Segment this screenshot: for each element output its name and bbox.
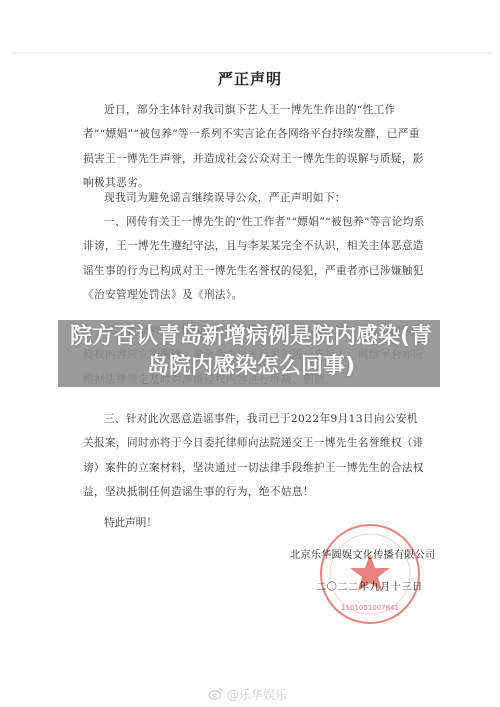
paragraph-intro: 近日，部分主体针对我司旗下艺人王一博先生作出的“性工作者”“嫖娼”“被包养”等一… [83,98,427,196]
signature-company: 北京乐华圆娱文化传播有限公司 [290,546,435,561]
svg-text:1101051007841: 1101051007841 [341,604,399,612]
page-edge [12,52,492,54]
document-title: 严正声明 [0,68,500,89]
signature-date: 二〇二二年九月十三日 [316,578,423,593]
weibo-watermark: @乐华娱乐 [208,686,287,703]
paragraph-text: 现我司为避免谣言继续误导公众，严正声明如下： [104,192,346,204]
company-seal-stamp: 1101051007841 [320,524,420,624]
paragraph-point-3: 三、针对此次恶意造谣事件，我司已于2022年9月13日向公安机关报案，同时亦将于… [83,407,427,505]
paragraph-text: 近日，部分主体针对我司旗下艺人王一博先生作出的“性工作者”“嫖娼”“被包养”等一… [83,104,424,189]
watermark-text: @乐华娱乐 [227,686,287,703]
paragraph-declaration: 现我司为避免谣言继续误导公众，严正声明如下： [83,186,427,210]
paragraph-text: 一、网传有关王一博先生的“性工作者”“嫖娼”“被包养”等言论均系诽谤，王一博先生… [83,216,425,301]
paragraph-text: 三、针对此次恶意造谣事件，我司已于2022年9月13日向公安机关报案，同时亦将于… [83,413,424,498]
document-page: 严正声明 近日，部分主体针对我司旗下艺人王一博先生作出的“性工作者”“嫖娼”“被… [0,0,500,707]
seal-star-icon: 1101051007841 [322,526,418,622]
paragraph-point-1: 一、网传有关王一博先生的“性工作者”“嫖娼”“被包养”等言论均系诽谤，王一博先生… [83,210,427,308]
headline-overlay-text: 院方否认青岛新增病例是院内感染(青岛院内感染怎么回事) [66,322,436,382]
closing-statement: 特此声明！ [104,515,157,530]
weibo-icon [208,687,224,703]
